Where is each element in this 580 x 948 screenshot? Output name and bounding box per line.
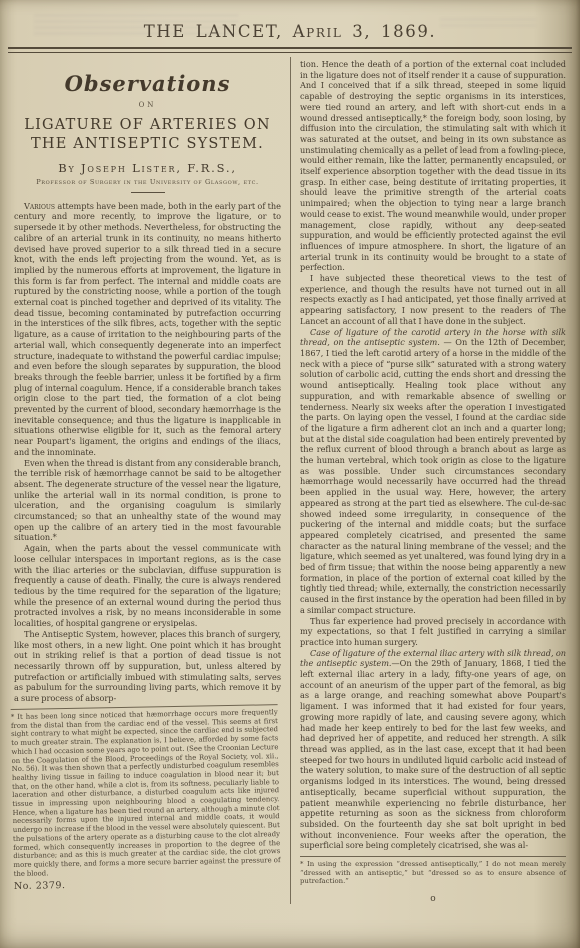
two-column-layout: Observations ON LIGATURE OF ARTERIES ON … xyxy=(0,53,580,904)
body-paragraph: Case of ligature of the carotid artery i… xyxy=(300,327,566,616)
body-paragraph: Various attempts have been made, both in… xyxy=(14,201,281,458)
page-header: THE LANCET, April 3, 1869. xyxy=(10,22,570,41)
body-paragraph: Again, when the parts about the vessel c… xyxy=(14,543,281,629)
article-affiliation: Professor of Surgery in the University o… xyxy=(14,178,281,186)
footnote-rule xyxy=(300,856,566,857)
right-column: tion. Hence the death of a portion of th… xyxy=(290,57,566,904)
issue-number: No. 2379. xyxy=(14,876,281,892)
body-paragraph: tion. Hence the death of a portion of th… xyxy=(300,59,566,273)
paragraph-text: — On the 12th of December, 1867, I tied … xyxy=(300,337,566,615)
paragraph-text: attempts have been made, both in the ear… xyxy=(14,201,281,457)
title-divider-rule xyxy=(131,192,165,193)
article-title-block: Observations ON LIGATURE OF ARTERIES ON … xyxy=(14,71,281,193)
left-column: Observations ON LIGATURE OF ARTERIES ON … xyxy=(14,57,290,904)
paragraph-text: —On the 29th of January, 1868, I tied th… xyxy=(300,658,566,850)
journal-title: THE LANCET, xyxy=(144,22,283,41)
signature-mark: o xyxy=(300,894,566,904)
body-paragraph: Case of ligature of the external iliac a… xyxy=(300,648,566,851)
paragraph-lead: Various xyxy=(24,201,55,211)
paragraph-text: tion. Hence the death of a portion of th… xyxy=(300,59,566,272)
paragraph-text: I have subjected these theoretical views… xyxy=(300,273,566,326)
left-footnote-block: * It has been long since noticed that hæ… xyxy=(11,704,281,892)
issue-date-month: April xyxy=(293,22,343,41)
footnote-text: * It has been long since noticed that hæ… xyxy=(11,708,281,878)
issue-date-rest: 3, 1869. xyxy=(352,22,436,41)
article-on-label: ON xyxy=(14,101,281,109)
footnote-text: * In using the expression “dressed antis… xyxy=(300,860,566,886)
body-paragraph: The Antiseptic System, however, places t… xyxy=(14,629,281,704)
article-title: LIGATURE OF ARTERIES ON THE ANTISEPTIC S… xyxy=(14,116,281,154)
article-byline: By Joseph Lister, F.R.S., xyxy=(14,161,281,175)
body-paragraph: Thus far experience had proved precisely… xyxy=(300,616,566,648)
paragraph-text: Thus far experience had proved precisely… xyxy=(300,616,566,647)
body-paragraph: I have subjected these theoretical views… xyxy=(300,273,566,327)
body-paragraph: Even when the thread is distant from any… xyxy=(14,458,281,544)
article-ornament-title: Observations xyxy=(14,71,281,96)
right-footnote-block: * In using the expression “dressed antis… xyxy=(300,856,566,904)
journal-page: THE LANCET, April 3, 1869. Observations … xyxy=(0,0,580,948)
